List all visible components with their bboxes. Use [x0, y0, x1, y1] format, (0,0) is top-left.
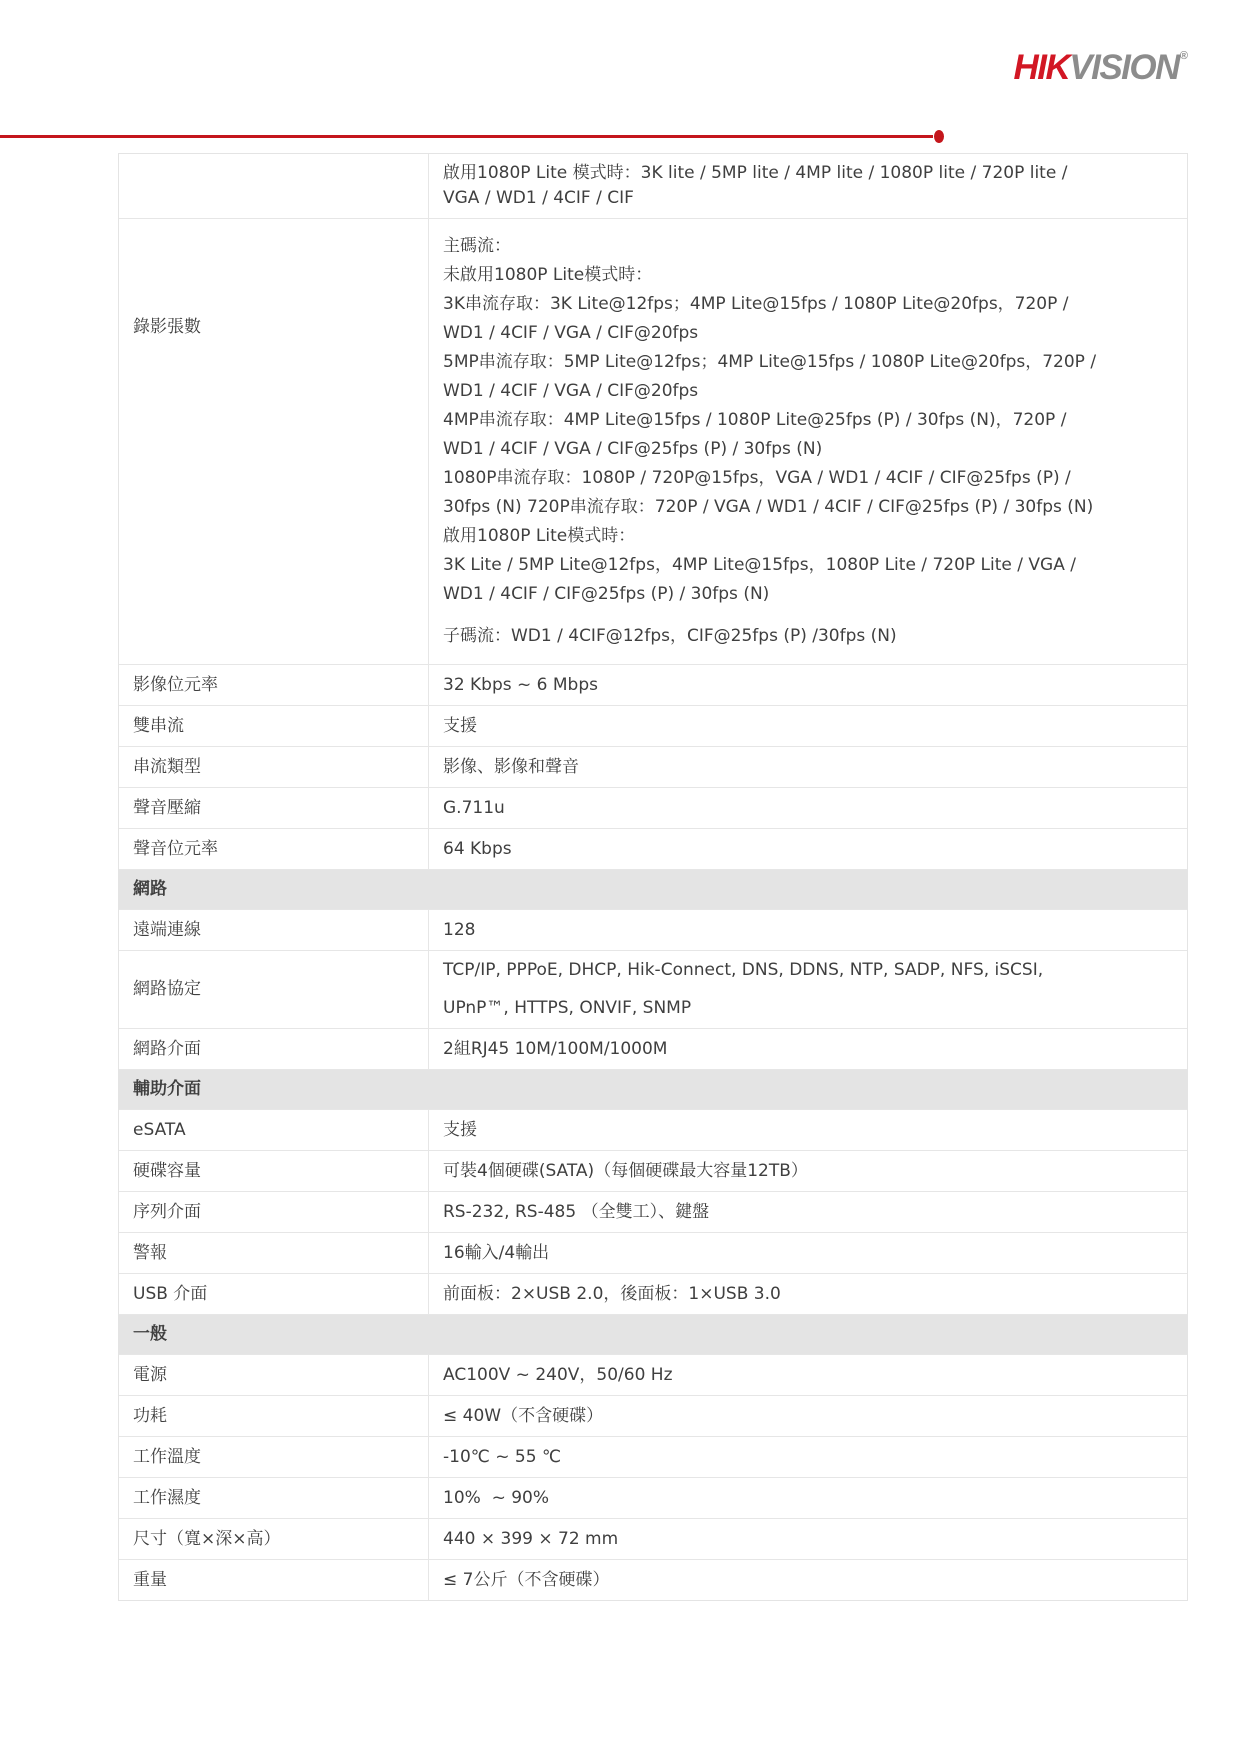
spec-value: 支援 [428, 1110, 1187, 1150]
spec-value-text: 2組RJ45 10M/100M/1000M [443, 1037, 1173, 1062]
section-header-row: 一般 [119, 1314, 1187, 1354]
spec-label: 功耗 [119, 1396, 428, 1436]
spec-value: 2組RJ45 10M/100M/1000M [428, 1029, 1187, 1069]
spec-row: 工作溫度-10℃ ~ 55 ℃ [119, 1436, 1187, 1477]
spec-value-text: 啟用1080P Lite 模式時：3K lite / 5MP lite / 4M… [443, 161, 1173, 211]
spec-label: 聲音壓縮 [119, 788, 428, 828]
spec-row: 聲音位元率64 Kbps [119, 828, 1187, 869]
section-title: 一般 [133, 1322, 167, 1347]
spec-value: 128 [428, 910, 1187, 950]
spec-label: 錄影張數 [119, 219, 428, 664]
spec-label: 網路介面 [119, 1029, 428, 1069]
spec-row: 影像位元率32 Kbps ~ 6 Mbps [119, 664, 1187, 705]
spec-value: 10% ~ 90% [428, 1478, 1187, 1518]
spec-row: 電源AC100V ~ 240V，50/60 Hz [119, 1354, 1187, 1395]
spec-value-text: 主碼流： 未啟用1080P Lite模式時： 3K串流存取：3K Lite@12… [443, 232, 1173, 609]
spec-value-text: 支援 [443, 1118, 1173, 1143]
spec-value-text: 支援 [443, 714, 1173, 739]
spec-value-text: 440 × 399 × 72 mm [443, 1527, 1173, 1552]
registered-trademark-symbol: ® [1180, 50, 1188, 62]
spec-value-text: ≤ 40W（不含硬碟） [443, 1404, 1173, 1429]
spec-row: 串流類型影像、影像和聲音 [119, 746, 1187, 787]
spec-value: 32 Kbps ~ 6 Mbps [428, 665, 1187, 705]
spec-value: ≤ 7公斤（不含硬碟） [428, 1560, 1187, 1600]
spec-value: 16輸入/4輸出 [428, 1233, 1187, 1273]
spec-value-text: 128 [443, 918, 1173, 943]
spec-row: 警報16輸入/4輸出 [119, 1232, 1187, 1273]
spec-value-text: 10% ~ 90% [443, 1486, 1173, 1511]
spec-label: 警報 [119, 1233, 428, 1273]
spec-value-text: 子碼流：WD1 / 4CIF@12fps，CIF@25fps (P) /30fp… [443, 622, 1173, 651]
hikvision-logo: HIKVISION® [1013, 50, 1188, 85]
spec-value: ≤ 40W（不含硬碟） [428, 1396, 1187, 1436]
spec-value: 主碼流： 未啟用1080P Lite模式時： 3K串流存取：3K Lite@12… [428, 219, 1187, 664]
section-header-row: 輔助介面 [119, 1069, 1187, 1109]
section-header-row: 網路 [119, 869, 1187, 909]
spec-row: 網路協定TCP/IP, PPPoE, DHCP, Hik-Connect, DN… [119, 950, 1187, 1028]
spec-value: 64 Kbps [428, 829, 1187, 869]
spec-row: 工作濕度10% ~ 90% [119, 1477, 1187, 1518]
spec-value: AC100V ~ 240V，50/60 Hz [428, 1355, 1187, 1395]
spec-label: 重量 [119, 1560, 428, 1600]
spec-row: 遠端連線128 [119, 909, 1187, 950]
spec-label: 工作溫度 [119, 1437, 428, 1477]
spec-label: 電源 [119, 1355, 428, 1395]
spec-value-text: TCP/IP, PPPoE, DHCP, Hik-Connect, DNS, D… [443, 958, 1173, 983]
spec-value: 啟用1080P Lite 模式時：3K lite / 5MP lite / 4M… [428, 154, 1187, 218]
spec-value-text: 64 Kbps [443, 837, 1173, 862]
spec-value-text: G.711u [443, 796, 1173, 821]
spec-value: 前面板：2×USB 2.0，後面板：1×USB 3.0 [428, 1274, 1187, 1314]
spec-label: 網路協定 [119, 951, 428, 1028]
spec-label: 聲音位元率 [119, 829, 428, 869]
spec-value-text: AC100V ~ 240V，50/60 Hz [443, 1363, 1173, 1388]
spec-value-text: -10℃ ~ 55 ℃ [443, 1445, 1173, 1470]
logo-text-hik: HIK [1013, 48, 1069, 87]
spec-value-text: 16輸入/4輸出 [443, 1241, 1173, 1266]
spec-row: 雙串流支援 [119, 705, 1187, 746]
spec-label: 雙串流 [119, 706, 428, 746]
spec-value: 440 × 399 × 72 mm [428, 1519, 1187, 1559]
spec-row: USB 介面前面板：2×USB 2.0，後面板：1×USB 3.0 [119, 1273, 1187, 1314]
logo-text-vision: VISION [1069, 48, 1179, 87]
spec-value-text: ≤ 7公斤（不含硬碟） [443, 1568, 1173, 1593]
spec-value: G.711u [428, 788, 1187, 828]
spec-row: 啟用1080P Lite 模式時：3K lite / 5MP lite / 4M… [119, 154, 1187, 218]
spec-row: 序列介面RS-232, RS-485 （全雙工）、鍵盤 [119, 1191, 1187, 1232]
spec-value-text: 前面板：2×USB 2.0，後面板：1×USB 3.0 [443, 1282, 1173, 1307]
spec-label: 硬碟容量 [119, 1151, 428, 1191]
spec-value: 影像、影像和聲音 [428, 747, 1187, 787]
spec-value: 支援 [428, 706, 1187, 746]
spec-row: 聲音壓縮G.711u [119, 787, 1187, 828]
spec-label: USB 介面 [119, 1274, 428, 1314]
spec-row: 錄影張數主碼流： 未啟用1080P Lite模式時： 3K串流存取：3K Lit… [119, 218, 1187, 664]
spec-label: eSATA [119, 1110, 428, 1150]
spec-label: 串流類型 [119, 747, 428, 787]
spec-label: 工作濕度 [119, 1478, 428, 1518]
spec-label: 遠端連線 [119, 910, 428, 950]
spec-value-text: RS-232, RS-485 （全雙工）、鍵盤 [443, 1200, 1173, 1225]
spec-row: 重量≤ 7公斤（不含硬碟） [119, 1559, 1187, 1600]
spec-value-text: 影像、影像和聲音 [443, 755, 1173, 780]
spec-value: 可裝4個硬碟(SATA)（每個硬碟最大容量12TB） [428, 1151, 1187, 1191]
spec-table: 啟用1080P Lite 模式時：3K lite / 5MP lite / 4M… [118, 153, 1188, 1601]
spec-value-text: 可裝4個硬碟(SATA)（每個硬碟最大容量12TB） [443, 1159, 1173, 1184]
spec-row: 尺寸（寬×深×高）440 × 399 × 72 mm [119, 1518, 1187, 1559]
spec-row: 網路介面2組RJ45 10M/100M/1000M [119, 1028, 1187, 1069]
spec-row: 硬碟容量可裝4個硬碟(SATA)（每個硬碟最大容量12TB） [119, 1150, 1187, 1191]
spec-label: 影像位元率 [119, 665, 428, 705]
spec-value: TCP/IP, PPPoE, DHCP, Hik-Connect, DNS, D… [428, 951, 1187, 1028]
spec-value: -10℃ ~ 55 ℃ [428, 1437, 1187, 1477]
header-divider-line [0, 135, 933, 138]
spec-value: RS-232, RS-485 （全雙工）、鍵盤 [428, 1192, 1187, 1232]
section-title: 輔助介面 [133, 1077, 201, 1102]
spec-row: eSATA支援 [119, 1109, 1187, 1150]
spec-sheet-page: HIKVISION® 啟用1080P Lite 模式時：3K lite / 5M… [0, 0, 1241, 1754]
spec-value-text: 32 Kbps ~ 6 Mbps [443, 673, 1173, 698]
spec-value-text: UPnP™, HTTPS, ONVIF, SNMP [443, 996, 1173, 1021]
header-divider-dot [934, 130, 944, 143]
spec-label: 尺寸（寬×深×高） [119, 1519, 428, 1559]
spec-row: 功耗≤ 40W（不含硬碟） [119, 1395, 1187, 1436]
spec-label: 序列介面 [119, 1192, 428, 1232]
section-title: 網路 [133, 877, 167, 902]
spec-label [119, 154, 428, 218]
